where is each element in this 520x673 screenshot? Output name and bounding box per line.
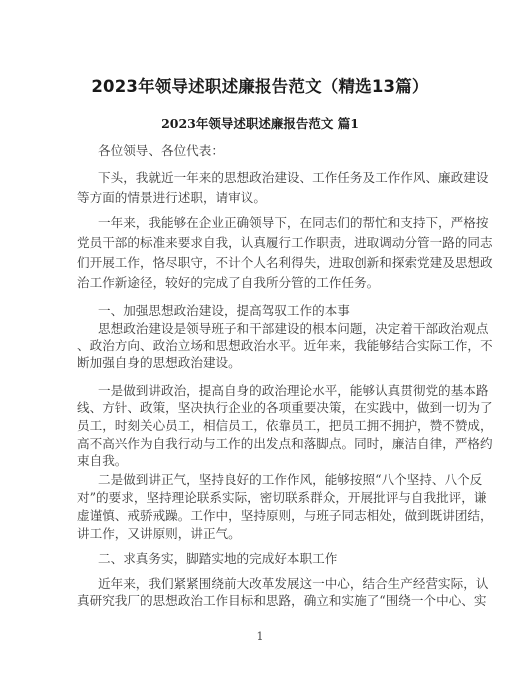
paragraph-line: 束自我。: [77, 453, 441, 469]
paragraph-line: 等方面的情景进行述职，请审议。: [77, 190, 441, 206]
page-number: 1: [0, 630, 520, 643]
section-title: 2023年领导述职述廉报告范文 篇1: [0, 114, 520, 132]
paragraph-line: 一年来，我能够在企业正确领导下，在同志们的帮忙和支持下，严格按: [98, 215, 441, 231]
paragraph-line: 员工，时刻关心员工，相信员工，依靠员工，把员工拥不拥护，赞不赞成，: [77, 418, 441, 434]
paragraph-line: 一是做到讲政治，提高自身的政治理论水平，能够认真贯彻党的基本路: [98, 383, 441, 399]
paragraph-line: 党员干部的标准来要求自我，认真履行工作职责，进取调动分管一路的同志: [77, 235, 441, 251]
paragraph-line: 线、方针、政策，坚决执行企业的各项重要决策，在实践中，做到一切为了: [77, 400, 441, 416]
paragraph-line: 断加强自身的思想政治建设。: [77, 355, 441, 371]
section-heading: 二、求真务实，脚踏实地的完成好本职工作: [98, 551, 441, 567]
paragraph-line: 讲工作，又讲原则，讲正气。: [77, 526, 441, 542]
paragraph-line: 们开展工作，恪尽职守，不计个人名利得失，进取创新和探索党建及思想政: [77, 255, 441, 271]
paragraph-line: 思想政治建设是领导班子和干部建设的根本问题，决定着干部政治观点: [98, 321, 441, 337]
document-page: 2023年领导述职述廉报告范文（精选13篇） 2023年领导述职述廉报告范文 篇…: [0, 0, 520, 673]
paragraph-line: 下头，我就近一年来的思想政治建设、工作任务及工作作风、廉政建设: [98, 170, 441, 186]
paragraph-line: 真研究我厂的思想政治工作目标和思路，确立和实施了“围绕一个中心、实: [77, 593, 441, 609]
paragraph-line: 治工作新途径，较好的完成了自我所分管的工作任务。: [77, 275, 441, 291]
paragraph-line: 高不高兴作为自我行动与工作的出发点和落脚点。同时，廉洁自律，严格约: [77, 436, 441, 452]
document-title: 2023年领导述职述廉报告范文（精选13篇）: [0, 73, 520, 97]
paragraph-line: 各位领导、各位代表：: [98, 143, 441, 159]
paragraph-line: 二是做到讲正气，坚持良好的工作作风，能够按照“八个坚持、八个反: [98, 472, 441, 488]
section-heading: 一、加强思想政治建设，提高驾驭工作的本事: [98, 303, 441, 319]
paragraph-line: 虚谨慎、戒骄戒躁。工作中，坚持原则，与班子同志相处，做到既讲团结，: [77, 508, 441, 524]
paragraph-line: 近年来，我们紧紧围绕前大改革发展这一中心，结合生产经营实际，认: [98, 576, 441, 592]
paragraph-line: 、政治方向、政治立场和思想政治水平。近年来，我能够结合实际工作，不: [77, 338, 441, 354]
paragraph-line: 对”的要求，坚持理论联系实际，密切联系群众，开展批评与自我批评，谦: [77, 490, 441, 506]
